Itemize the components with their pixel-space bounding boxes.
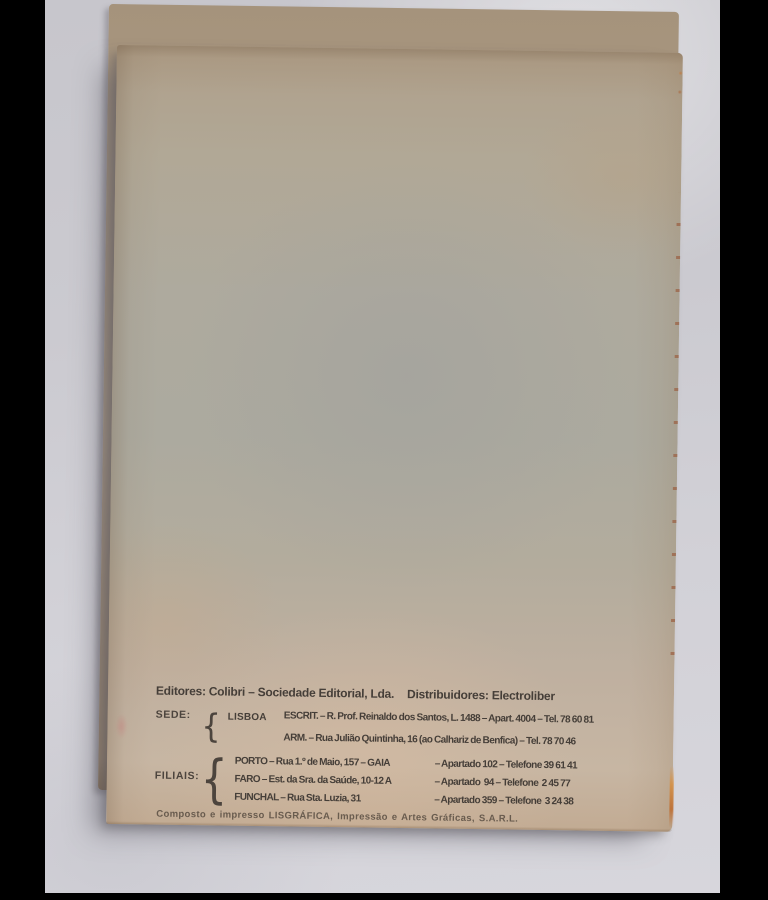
filiais-brace: { [200, 748, 228, 810]
branch-rows: PORTO – Rua 1.º de Maio, 157 – GAIA – Ap… [234, 751, 577, 812]
photo-background: Editores: Colibri – Sociedade Editorial,… [45, 0, 720, 893]
distribuidores-text: Distribuidores: Electroliber [407, 687, 555, 703]
sede-city-lisboa: LISBOA [227, 705, 276, 750]
sede-arm-line: ARM. – Rua Julião Quintinha, 16 (ao Calh… [283, 727, 593, 753]
filiais-brace-wrap: { [200, 750, 228, 806]
colophon: Editores: Colibri – Sociedade Editorial,… [154, 684, 648, 827]
branch-row-funchal: FUNCHAL – Rua Sta. Luzia, 31 – Apartado … [234, 789, 577, 812]
filiais-group: FILIAIS: { PORTO – Rua 1.º de Maio, 157 … [154, 750, 647, 813]
editores-text: Editores: Colibri – Sociedade Editorial,… [156, 684, 394, 701]
branch-detail: – Apartado 102 – Telefone 39 61 41 [435, 756, 578, 776]
rust-specks-top-right [677, 67, 684, 109]
photo-frame: Editores: Colibri – Sociedade Editorial,… [0, 0, 768, 900]
publisher-line: Editores: Colibri – Sociedade Editorial,… [156, 684, 648, 705]
sede-group: SEDE: { LISBOA ESCRIT. – R. Prof. Reinal… [155, 704, 648, 755]
book-back-cover: Editores: Colibri – Sociedade Editorial,… [106, 45, 683, 832]
filiais-label: FILIAIS: [154, 750, 201, 807]
sede-brace: { [201, 707, 221, 746]
sede-label: SEDE: [155, 704, 202, 749]
branch-detail: – Apartado 94 – Telefone 2 45 77 [434, 774, 570, 794]
branch-detail: – Apartado 359 – Telefone 3 24 38 [434, 792, 573, 812]
branch-address: FUNCHAL – Rua Sta. Luzia, 31 [234, 789, 434, 810]
deckle-edge-specks [670, 193, 681, 663]
sede-lines: ESCRIT. – R. Prof. Reinaldo dos Santos, … [283, 705, 593, 753]
pink-smudge [115, 713, 127, 739]
sede-brace-wrap: { [201, 704, 221, 748]
orange-cover-sliver [669, 766, 674, 828]
